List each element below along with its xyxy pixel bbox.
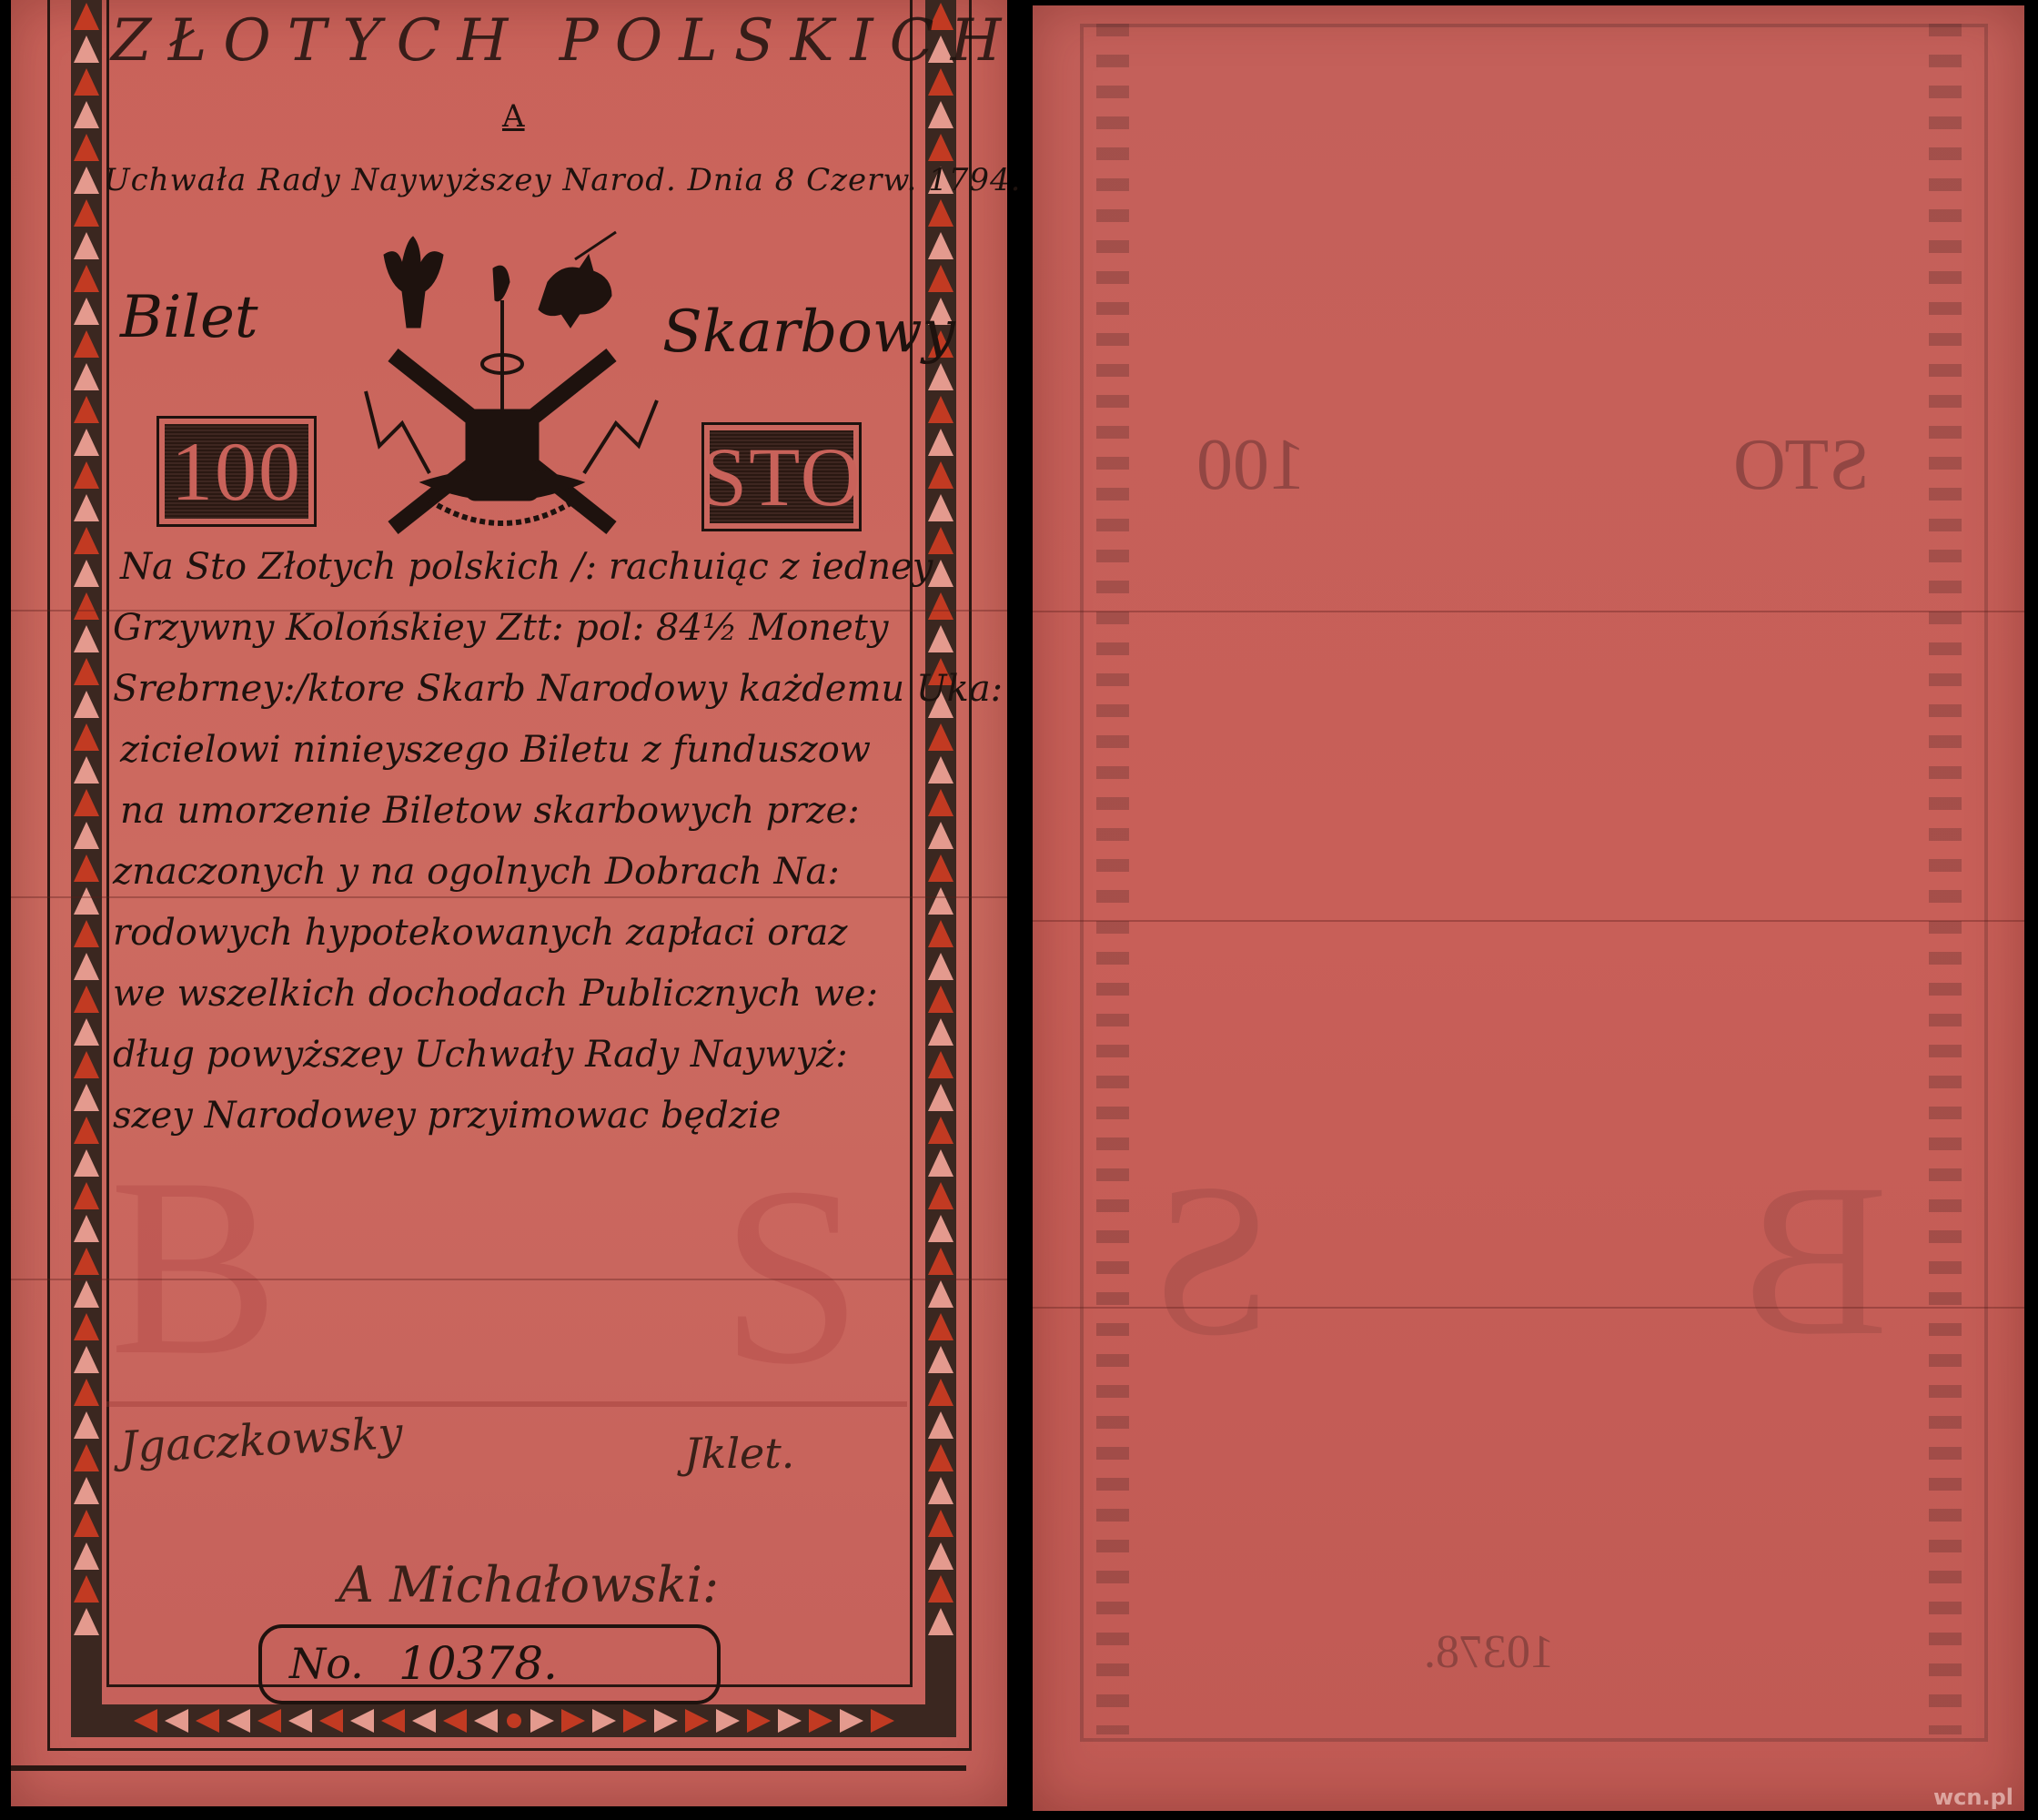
signature-right: Jklet. xyxy=(684,1429,794,1478)
body-line: Grzywny Kolońskiey Ztt: pol: 84½ Monety xyxy=(113,598,913,659)
body-line: Srebrney:/ktore Skarb Narodowy każdemu U… xyxy=(113,659,913,720)
fold-crease xyxy=(11,896,1007,898)
body-line: rodowych hypotekowanych zapłaci oraz xyxy=(113,903,913,964)
value-box-words: STO xyxy=(701,422,862,531)
body-line: na umorzenie Biletow skarbowych prze: xyxy=(113,781,913,842)
bottom-border-pattern xyxy=(71,1704,956,1737)
title-skarbowy: Skarbowy xyxy=(662,298,955,366)
value-box-numeric: 100 xyxy=(156,416,317,527)
back-ghost-value-right: STO xyxy=(1733,424,1870,507)
back-ghost-watermark-right: S xyxy=(1151,1134,1272,1385)
body-line: we wszelkich dochodach Publicznych we: xyxy=(113,964,913,1025)
banknote-front: ZŁOTYCH POLSKICH A Uchwała Rady Naywyższ… xyxy=(11,0,1007,1806)
fold-crease xyxy=(1033,1307,2024,1309)
fold-crease xyxy=(11,610,1007,612)
signature-bottom: A Michałowski: xyxy=(338,1556,719,1613)
body-line: znaczonych y na ogolnych Dobrach Na: xyxy=(113,842,913,903)
back-ghost-watermark-left: B xyxy=(1742,1134,1888,1385)
left-border-pattern xyxy=(71,0,102,1711)
back-left-border-ghost xyxy=(1096,24,1129,1734)
body-line: zicielowi ninieyszego Biletu z funduszow xyxy=(113,720,913,781)
header-script: ZŁOTYCH POLSKICH xyxy=(111,7,1017,75)
series-letter: A xyxy=(502,98,525,135)
bottom-rule xyxy=(11,1765,966,1771)
banknote-back: 100 STO B S 10378. wcn.pl xyxy=(1033,5,2024,1811)
watermark-letter-b: B xyxy=(109,1119,279,1413)
serial-prefix: No. xyxy=(289,1639,364,1688)
serial-number-box: No. 10378. xyxy=(258,1624,721,1704)
watermark-letter-s: S xyxy=(721,1128,863,1422)
fold-crease xyxy=(1033,920,2024,922)
watermark-band-line xyxy=(106,1401,907,1407)
title-bilet: Bilet xyxy=(120,284,258,351)
value-numeric: 100 xyxy=(165,424,308,519)
back-ghost-value-left: 100 xyxy=(1196,424,1306,507)
serial-number: 10378. xyxy=(399,1637,558,1690)
body-line: dług powyższey Uchwały Rady Naywyż: xyxy=(113,1025,913,1086)
body-text: Na Sto Złotych polskich /: rachuiąc z ie… xyxy=(113,537,913,1147)
back-right-border-ghost xyxy=(1929,24,1962,1734)
coat-of-arms-emblem xyxy=(357,227,675,537)
body-line: Na Sto Złotych polskich /: rachuiąc z ie… xyxy=(113,537,913,598)
fold-crease xyxy=(1033,611,2024,612)
right-border-pattern xyxy=(925,0,956,1711)
site-watermark: wcn.pl xyxy=(1933,1785,2013,1810)
decree-line: Uchwała Rady Naywyższey Narod. Dnia 8 Cz… xyxy=(104,162,1021,198)
fold-crease xyxy=(11,1279,1007,1280)
back-ghost-serial: 10378. xyxy=(1424,1625,1554,1679)
value-words: STO xyxy=(710,430,853,523)
back-frame xyxy=(1080,24,1988,1742)
